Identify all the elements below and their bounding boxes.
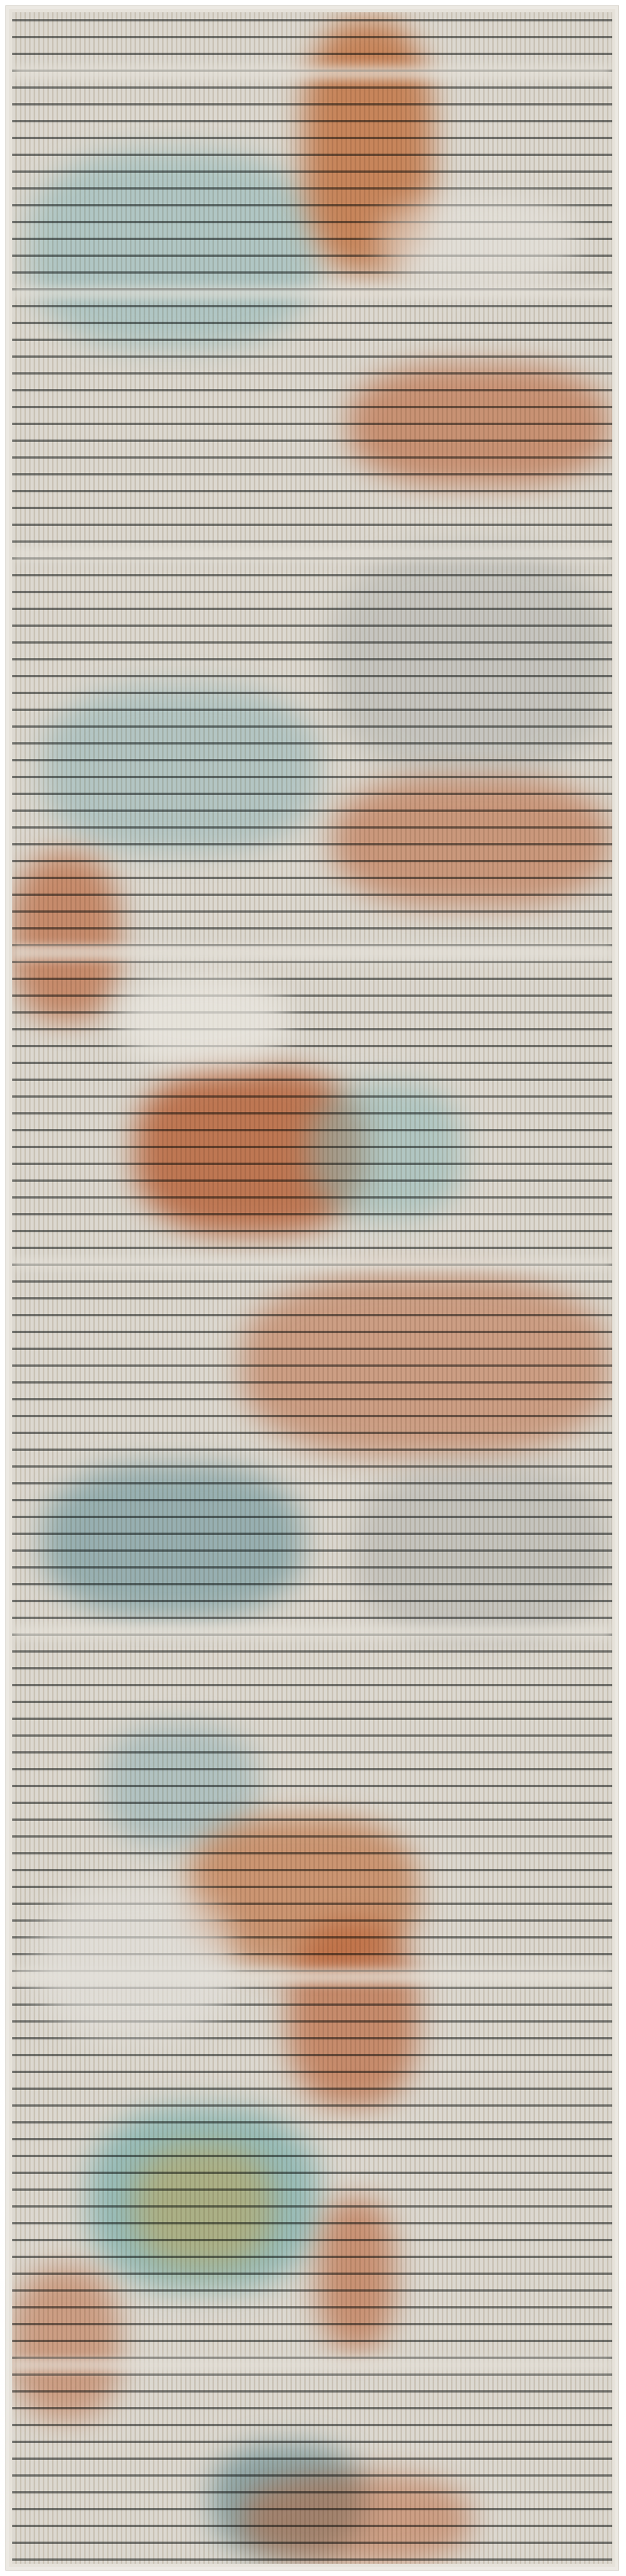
light-wash <box>35 1885 234 2038</box>
gap-band <box>12 66 612 79</box>
stitch-lines <box>12 12 612 2564</box>
gap-band <box>12 945 612 960</box>
light-wash <box>379 196 578 287</box>
gap-band <box>12 1625 612 1639</box>
light-wash <box>119 975 287 1067</box>
gap-band <box>12 1258 612 1269</box>
gap-band <box>12 547 612 560</box>
rug-field <box>12 12 612 2564</box>
gap-band <box>12 287 612 298</box>
rug-runner <box>6 6 618 2570</box>
gap-band <box>12 2359 612 2371</box>
